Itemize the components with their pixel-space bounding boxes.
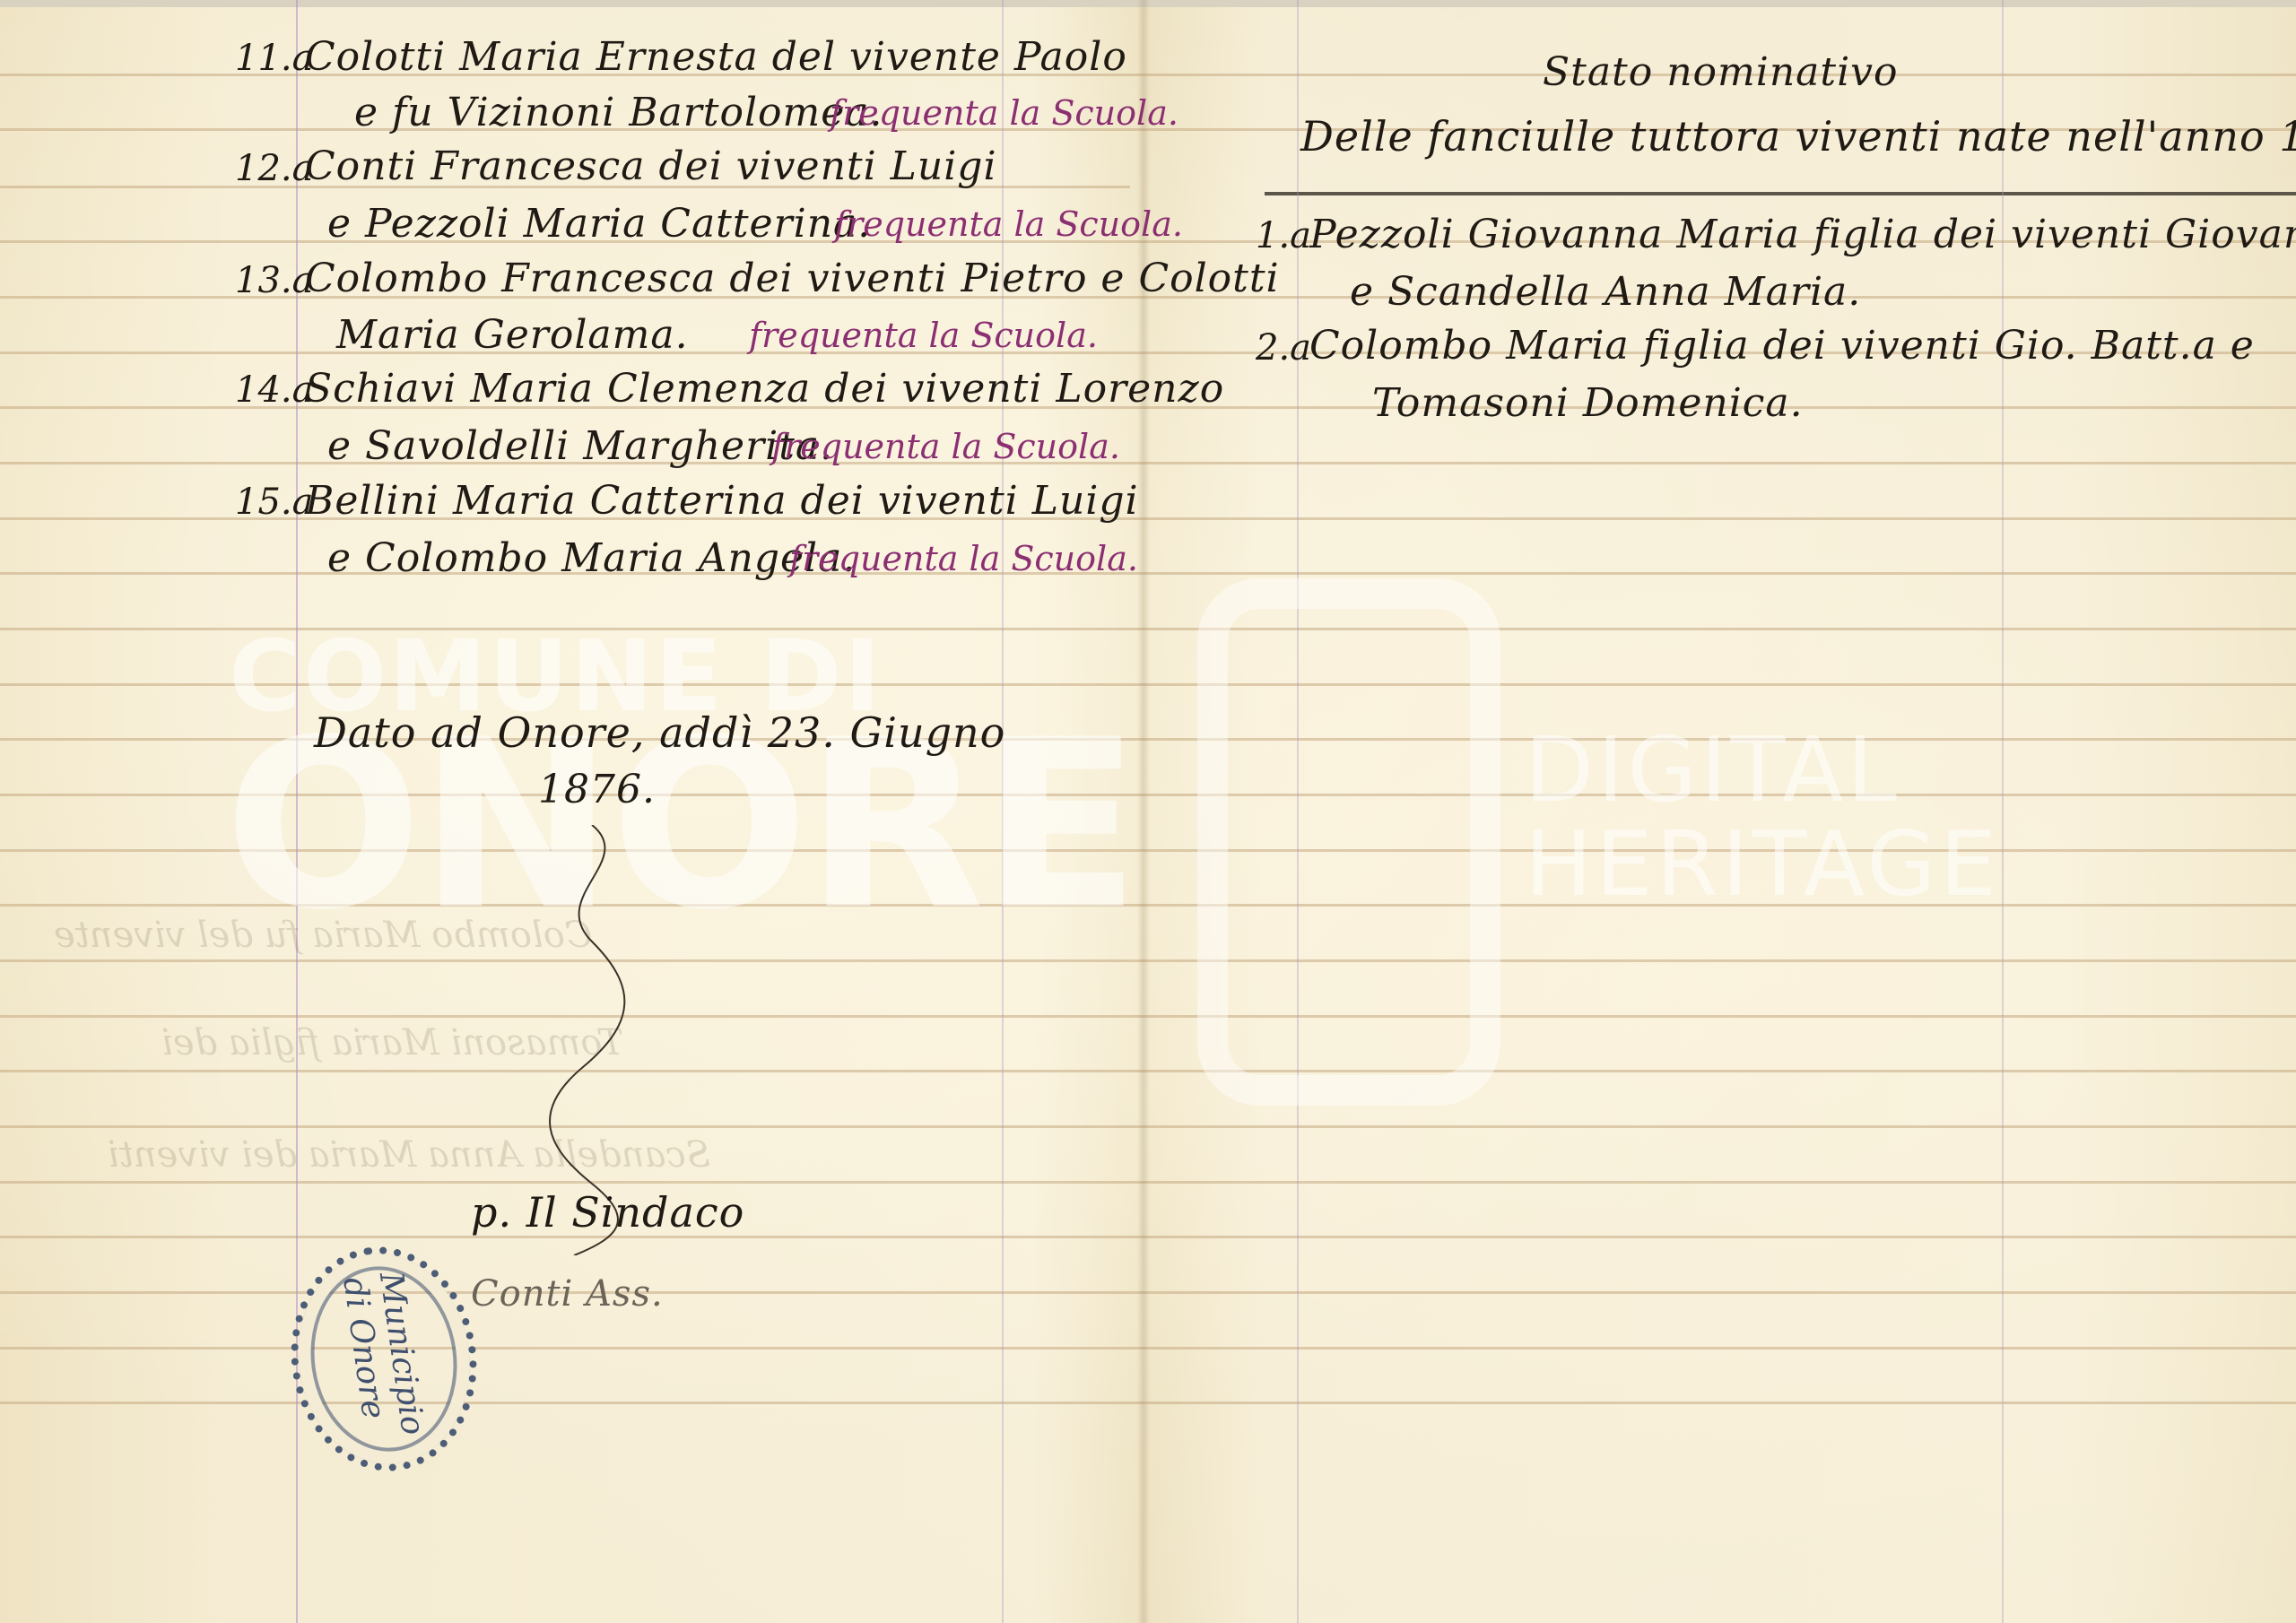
heading-divider — [1265, 192, 2296, 195]
entry-line: Schiavi Maria Clemenza dei viventi Loren… — [305, 366, 1224, 412]
entry-line: Tomasoni Domenica. — [1372, 380, 1804, 426]
entry-line: e Scandella Anna Maria. — [1350, 269, 1861, 315]
entry-number: 12.a — [235, 148, 313, 189]
entry-number: 1.a — [1256, 215, 1311, 256]
entry-number: 14.a — [235, 369, 313, 411]
entry-number: 15.a — [235, 482, 313, 523]
entry-line: e fu Vizinoni Bartolomea. — [354, 90, 883, 135]
entry-number: 13.a — [235, 260, 313, 301]
school-note: frequenta la Scuola. — [830, 93, 1178, 133]
entry-line: Colotti Maria Ernesta del vivente Paolo — [305, 34, 1127, 80]
document-scan: Colombo Maria fu del vivente Tomasoni Ma… — [0, 0, 2296, 1623]
dateline-year: 1876. — [538, 767, 656, 812]
register-title: Stato nominativo — [1543, 49, 1899, 95]
entry-number: 11.a — [235, 38, 313, 79]
entry-line: Conti Francesca dei viventi Luigi — [305, 143, 997, 189]
watermark-digital: DIGITAL — [1525, 717, 1900, 822]
signature-title: p. Il Sindaco — [471, 1188, 744, 1237]
bleed-through-text: Colombo Maria fu del vivente — [54, 915, 592, 956]
entry-line: e Pezzoli Maria Catterina. — [327, 201, 871, 247]
signature-name: Conti Ass. — [471, 1273, 664, 1315]
school-note: frequenta la Scuola. — [789, 539, 1138, 578]
entry-line: Colombo Maria figlia dei viventi Gio. Ba… — [1309, 323, 2255, 369]
entry-line: Bellini Maria Catterina dei viventi Luig… — [305, 478, 1139, 524]
dateline: Dato ad Onore, addì 23. Giugno — [314, 708, 1005, 757]
entry-line: Pezzoli Giovanna Maria figlia dei vivent… — [1309, 212, 2296, 257]
entry-number: 2.a — [1256, 327, 1311, 369]
school-note: frequenta la Scuola. — [771, 427, 1120, 466]
watermark-heritage: HERITAGE — [1525, 811, 2000, 916]
school-note: frequenta la Scuola. — [749, 316, 1098, 355]
register-subtitle: Delle fanciulle tuttora viventi nate nel… — [1300, 112, 2296, 161]
entry-line: e Colombo Maria Angela. — [327, 535, 856, 581]
school-note: frequenta la Scuola. — [834, 204, 1183, 244]
entry-line: Maria Gerolama. — [336, 312, 689, 358]
watermark-logo-icon — [1197, 578, 1500, 1106]
municipal-stamp: Municipio di Onore — [277, 1235, 491, 1483]
entry-line: e Savoldelli Margherita. — [327, 423, 833, 469]
entry-line: Colombo Francesca dei viventi Pietro e C… — [305, 256, 1280, 301]
stamp-text: Municipio di Onore — [335, 1270, 432, 1449]
